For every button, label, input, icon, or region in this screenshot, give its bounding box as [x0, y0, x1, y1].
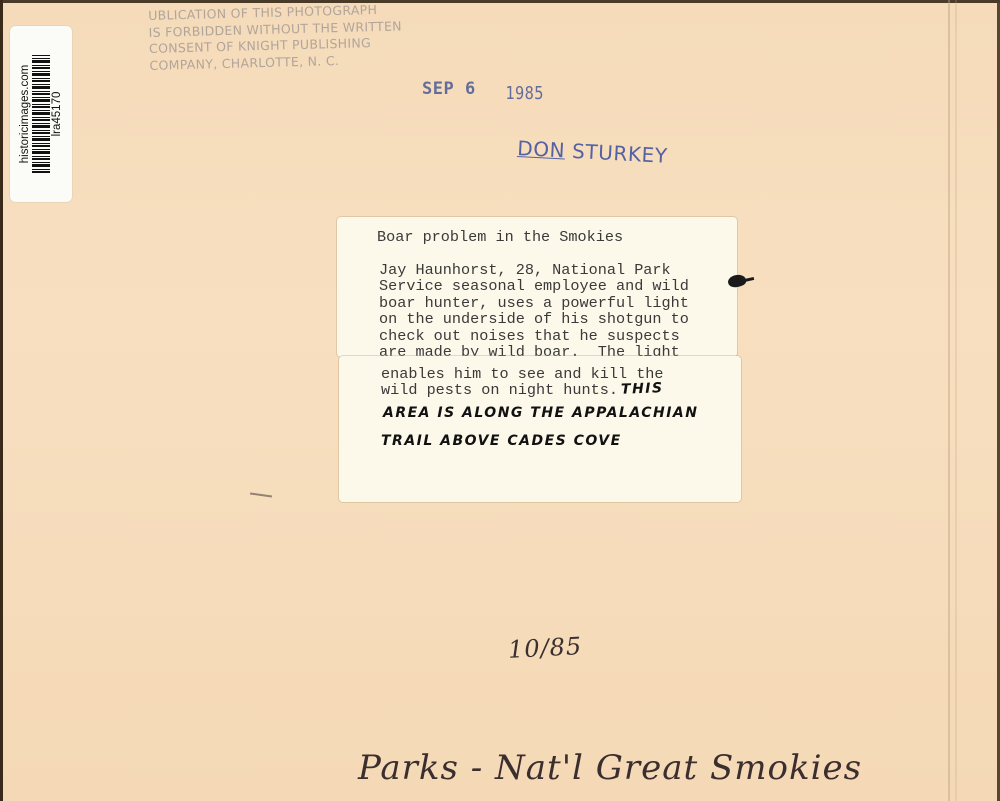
handwritten-category: Parks - Nat'l Great Smokies: [358, 748, 862, 788]
caption-title: Boar problem in the Smokies: [377, 229, 623, 245]
barcode-id: lra45170: [51, 92, 63, 137]
fold-line: [955, 0, 957, 801]
date-stamp-year: 1985: [505, 83, 544, 104]
barcode-label: historicimages.com lra45170: [10, 26, 72, 202]
photo-back: historicimages.com lra45170 UBLICATION O…: [0, 0, 1000, 801]
date-stamp-month-day: SEP 6: [422, 79, 476, 99]
caption-card-top: Boar problem in the Smokies Jay Haunhors…: [337, 217, 737, 357]
ink-blot: [744, 277, 754, 282]
handwritten-note-line: TRAIL ABOVE CADES COVE: [381, 433, 622, 449]
photographer-last-name: STURKEY: [572, 139, 669, 168]
caption-card-bottom: enables him to see and kill the wild pes…: [339, 356, 741, 502]
barcode-site: historicimages.com: [19, 65, 31, 163]
pencil-mark: [250, 492, 272, 497]
handwritten-date: 10/85: [507, 632, 583, 664]
handwritten-note-line: AREA IS ALONG THE APPALACHIAN: [383, 405, 698, 421]
photographer-first-name: DON: [517, 136, 566, 162]
photographer-stamp: DON STURKEY: [517, 136, 669, 168]
copyright-stamp: UBLICATION OF THIS PHOTOGRAPH IS FORBIDD…: [148, 0, 440, 74]
handwritten-note-line: THIS: [621, 380, 664, 397]
caption-body-top: Jay Haunhorst, 28, National Park Service…: [379, 262, 689, 357]
barcode-icon: [32, 55, 50, 173]
fold-line: [948, 0, 950, 801]
date-stamp: SEP 61985: [422, 78, 547, 99]
